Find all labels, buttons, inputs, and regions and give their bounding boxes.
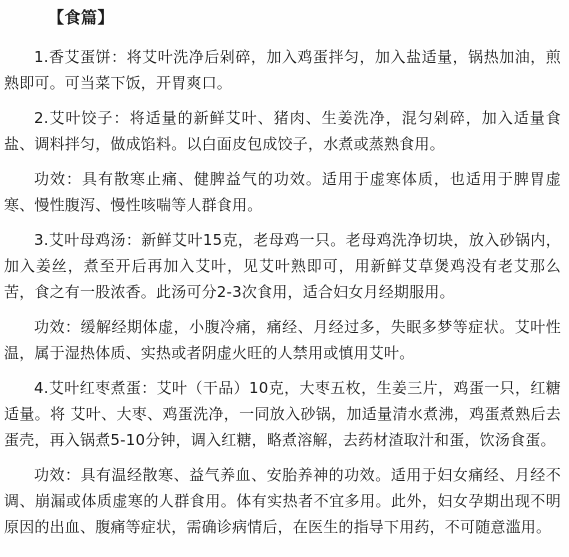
section-title: 【食篇】 (4, 5, 561, 31)
recipe-document: 【食篇】 1.香艾蛋饼：将艾叶洗净后剁碎，加入鸡蛋拌匀，加入盐适量，锅热加油，煎… (0, 0, 569, 557)
recipe-paragraph-dumplings: 2.艾叶饺子：将适量的新鲜艾叶、猪肉、生姜洗净，混匀剁碎，加入适量食盐、调料拌匀… (4, 105, 561, 157)
recipe-paragraph-hen-soup: 3.艾叶母鸡汤：新鲜艾叶15克，老母鸡一只。老母鸡洗净切块，放入砂锅内，加入姜丝… (4, 227, 561, 305)
effect-paragraph-dumplings: 功效：具有散寒止痛、健脾益气的功效。适用于虚寒体质，也适用于脾胃虚寒、慢性腹泻、… (4, 166, 561, 218)
effect-paragraph-hen-soup: 功效：缓解经期体虚，小腹冷痛，痛经、月经过多，失眠多梦等症状。艾叶性温，属于湿热… (4, 314, 561, 366)
effect-paragraph-jujube-egg: 功效：具有温经散寒、益气养血、安胎养神的功效。适用于妇女痛经、月经不调、崩漏或体… (4, 462, 561, 540)
recipe-paragraph-jujube-egg: 4.艾叶红枣煮蛋：艾叶（干品）10克，大枣五枚，生姜三片，鸡蛋一只，红糖适量。将… (4, 375, 561, 453)
recipe-paragraph-egg-pancake: 1.香艾蛋饼：将艾叶洗净后剁碎，加入鸡蛋拌匀，加入盐适量，锅热加油，煎熟即可。可… (4, 44, 561, 96)
